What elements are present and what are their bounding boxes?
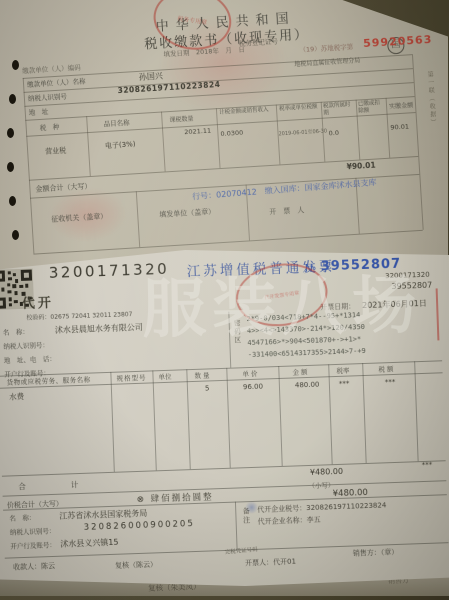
tax-receipt-content: 中华人民共和国 税收缴款书（收现专用） 税务专用章 国 （19）苏地税字第 59…: [0, 0, 449, 290]
seller-id-value: 320826000900205: [84, 519, 195, 533]
col-price: 单价: [242, 369, 259, 379]
item-tax: ***: [385, 378, 396, 386]
line: [161, 112, 166, 172]
daikai-label: 代开: [22, 292, 55, 312]
payee-field: 收款人：陈云: [13, 561, 55, 572]
password-line: 4547166>*>904<501870+->+1>*: [247, 335, 361, 347]
taxpayer-id-label: 纳税人识别号: [28, 91, 67, 102]
seller-bank-label: 开户行及账号：: [10, 540, 56, 551]
buyer-name-value: 沭水县晨旭水务有限公司: [55, 322, 143, 336]
buyer-id-label: 纳税人识别号：: [3, 340, 49, 351]
line: [278, 366, 282, 466]
line: [110, 372, 114, 472]
col-quantity: 课税数量: [169, 114, 194, 124]
reviewer-field: 复核（陈云）: [115, 559, 157, 570]
tax-receipt-paper: 中华人民共和国 税收缴款书（收现专用） 税务专用章 国 （19）苏地税字第 59…: [0, 0, 448, 276]
red-oval-seal-text: 代开发票专用章: [252, 287, 312, 302]
col-spec: 规格型号: [116, 373, 146, 383]
cell-period: 2019-06-01至06-30: [278, 127, 327, 137]
punch-hole: [12, 60, 19, 70]
col-qty: 数量: [194, 370, 211, 380]
cell-quantity: 2021.11: [184, 127, 211, 137]
receipt-total-amount: ¥90.01: [346, 161, 375, 172]
total-label: 合 计: [18, 479, 88, 492]
total-amount: ¥480.00: [310, 467, 343, 477]
photo-scene: 复核（朱美凤） 销售方 中华人民共和国 税收缴款书（收现专用） 税务专用章 国 …: [0, 0, 449, 600]
col-actual-paid: 实缴金额: [389, 100, 414, 110]
col-period: 税款所属时期: [323, 102, 356, 118]
cell-actual-paid: 90.01: [390, 122, 409, 131]
seller-name-label: 名 称：: [9, 513, 35, 523]
total-tax: ***: [422, 461, 433, 469]
payer-name-value: 孙国兴: [139, 70, 164, 82]
line: [136, 191, 140, 247]
password-line: -331400<6514317355>2144>7-+9: [248, 347, 366, 359]
issuing-unit-label: 填发单位（盖章）: [157, 206, 218, 221]
remark-line2: 代开企业名称：李五: [257, 515, 320, 527]
handwritten-bank-info: 行号：02070412 缴入国库：国家金库沭水县支库: [192, 177, 377, 202]
payer-code-label: 缴款单位（人）编码: [22, 62, 81, 75]
cell-paid-deducted: 0.0: [328, 129, 339, 138]
line: [412, 54, 424, 230]
red-round-seal-text: 税务专用章: [177, 13, 208, 26]
seller-name-value: 江苏省沭水县国家税务局: [59, 508, 147, 522]
grand-small-label: （小写）: [308, 480, 334, 490]
password-area-label: 密码区: [233, 319, 243, 345]
punch-hole: [12, 230, 19, 240]
invoice-paper: 3200171320 江苏增值税普通发票 № 39552807 32001713…: [0, 250, 449, 586]
invoice-content: 3200171320 江苏增值税普通发票 № 39552807 32001713…: [0, 242, 449, 594]
seller-stamp-field: 销售方：（章）: [353, 547, 399, 559]
corner-code: 3200171320: [385, 271, 430, 281]
line: [228, 312, 231, 368]
line: [186, 369, 190, 469]
cell-item-name: 电子(3%): [105, 139, 136, 151]
col-paid-deducted: 已缴或扣除额: [358, 100, 386, 116]
seller-id-label: 纳税人识别号：: [10, 526, 56, 537]
col-tax: 税额: [378, 364, 395, 374]
col-item-name: 品目名称: [103, 118, 130, 129]
serial-prefix: （19）苏地税字第: [299, 42, 353, 54]
line: [226, 368, 230, 468]
issue-date-value: 2021年06月01日: [362, 298, 427, 311]
line: [2, 460, 446, 476]
serial-number: 59920563: [363, 33, 433, 50]
cell-taxable-amount: 0.0300: [220, 129, 243, 138]
punch-hole: [7, 128, 14, 138]
punch-hole: [7, 162, 14, 172]
item-price: 96.00: [243, 383, 263, 392]
item-rate: ***: [339, 380, 350, 388]
tax-cert-note: 完税凭证号码: [224, 545, 258, 556]
col-tax-type: 税 种: [39, 122, 59, 132]
address-label: 地 址: [28, 106, 48, 116]
line: [86, 116, 91, 176]
line: [235, 502, 238, 550]
line: [362, 363, 366, 463]
item-qty: 5: [205, 384, 210, 392]
col-rate: 税率: [336, 366, 349, 375]
invoice-code: 3200171320: [49, 260, 170, 282]
item-name: 水费: [9, 391, 24, 403]
line: [23, 78, 35, 254]
line: [152, 370, 156, 470]
buyer-name-label: 名 称：: [3, 327, 29, 337]
col-unit: 单位: [158, 372, 171, 381]
red-edge-line: [436, 288, 439, 340]
remark-line1: 代开企业税号：320826197110223824: [257, 500, 386, 515]
line: [414, 361, 418, 461]
issuer-field: 开票人：代开01: [245, 557, 296, 569]
col-amount: 金额: [292, 367, 309, 377]
ticket-writer-label: 开 票 人: [269, 205, 305, 217]
copy-note: 第一联（收据）: [425, 71, 437, 127]
seller-bank-value: 沭水县义兴镇15: [60, 537, 119, 550]
corner-number: 39552807: [391, 281, 432, 291]
line: [328, 364, 332, 464]
punch-hole: [9, 94, 16, 104]
punch-hole: [9, 196, 16, 206]
item-amount: 480.00: [295, 381, 320, 390]
buyer-address-label: 地 址、电 话：: [4, 354, 56, 365]
cell-tax-type: 营业税: [45, 145, 67, 156]
line: [216, 108, 221, 168]
col-tax-rate: 税率或单位税额: [279, 104, 319, 113]
